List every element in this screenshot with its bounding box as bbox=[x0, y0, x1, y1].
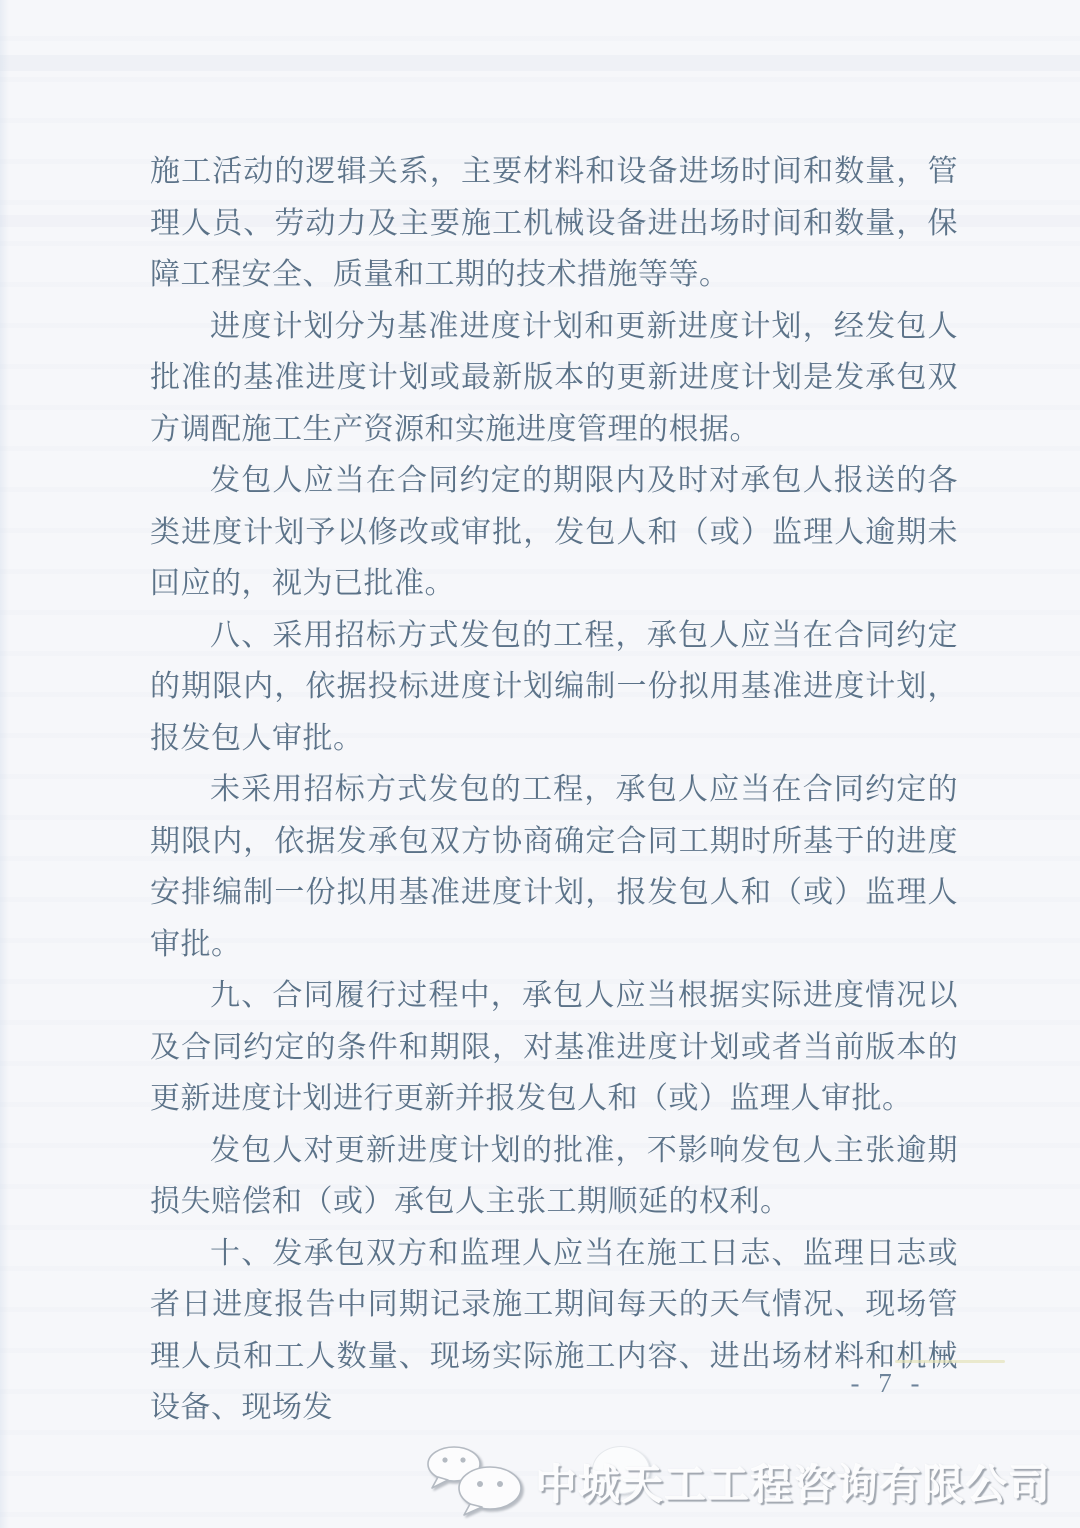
document-body: 施工活动的逻辑关系，主要材料和设备进场时间和数量，管理人员、劳动力及主要施工机械… bbox=[150, 146, 958, 1434]
paragraph: 发包人对更新进度计划的批准，不影响发包人主张逾期损失赔偿和（或）承包人主张工期顺… bbox=[150, 1125, 958, 1228]
scan-artifact-line bbox=[895, 1360, 1005, 1363]
paragraph-item-8: 八、采用招标方式发包的工程，承包人应当在合同约定的期限内，依据投标进度计划编制一… bbox=[150, 610, 958, 765]
paragraph-continuation: 施工活动的逻辑关系，主要材料和设备进场时间和数量，管理人员、劳动力及主要施工机械… bbox=[150, 146, 958, 301]
wechat-ghost-bubble bbox=[592, 1446, 650, 1494]
document-page: 施工活动的逻辑关系，主要材料和设备进场时间和数量，管理人员、劳动力及主要施工机械… bbox=[0, 0, 1080, 1528]
page-number: - 7 - bbox=[828, 1368, 948, 1399]
paragraph: 发包人应当在合同约定的期限内及时对承包人报送的各类进度计划予以修改或审批，发包人… bbox=[150, 455, 958, 610]
watermark: 中城天工工程咨询有限公司 bbox=[424, 1444, 1052, 1518]
paragraph-item-10: 十、发承包双方和监理人应当在施工日志、监理日志或者日进度报告中同期记录施工期间每… bbox=[150, 1228, 958, 1434]
wechat-icon bbox=[424, 1444, 530, 1518]
scan-edge-tint bbox=[0, 0, 9, 1528]
paragraph-item-9: 九、合同履行过程中，承包人应当根据实际进度情况以及合同约定的条件和期限，对基准进… bbox=[150, 970, 958, 1125]
watermark-company-name: 中城天工工程咨询有限公司 bbox=[536, 1452, 1052, 1511]
paragraph: 进度计划分为基准进度计划和更新进度计划，经发包人批准的基准进度计划或最新版本的更… bbox=[150, 301, 958, 456]
paragraph: 未采用招标方式发包的工程，承包人应当在合同约定的期限内，依据发承包双方协商确定合… bbox=[150, 764, 958, 970]
